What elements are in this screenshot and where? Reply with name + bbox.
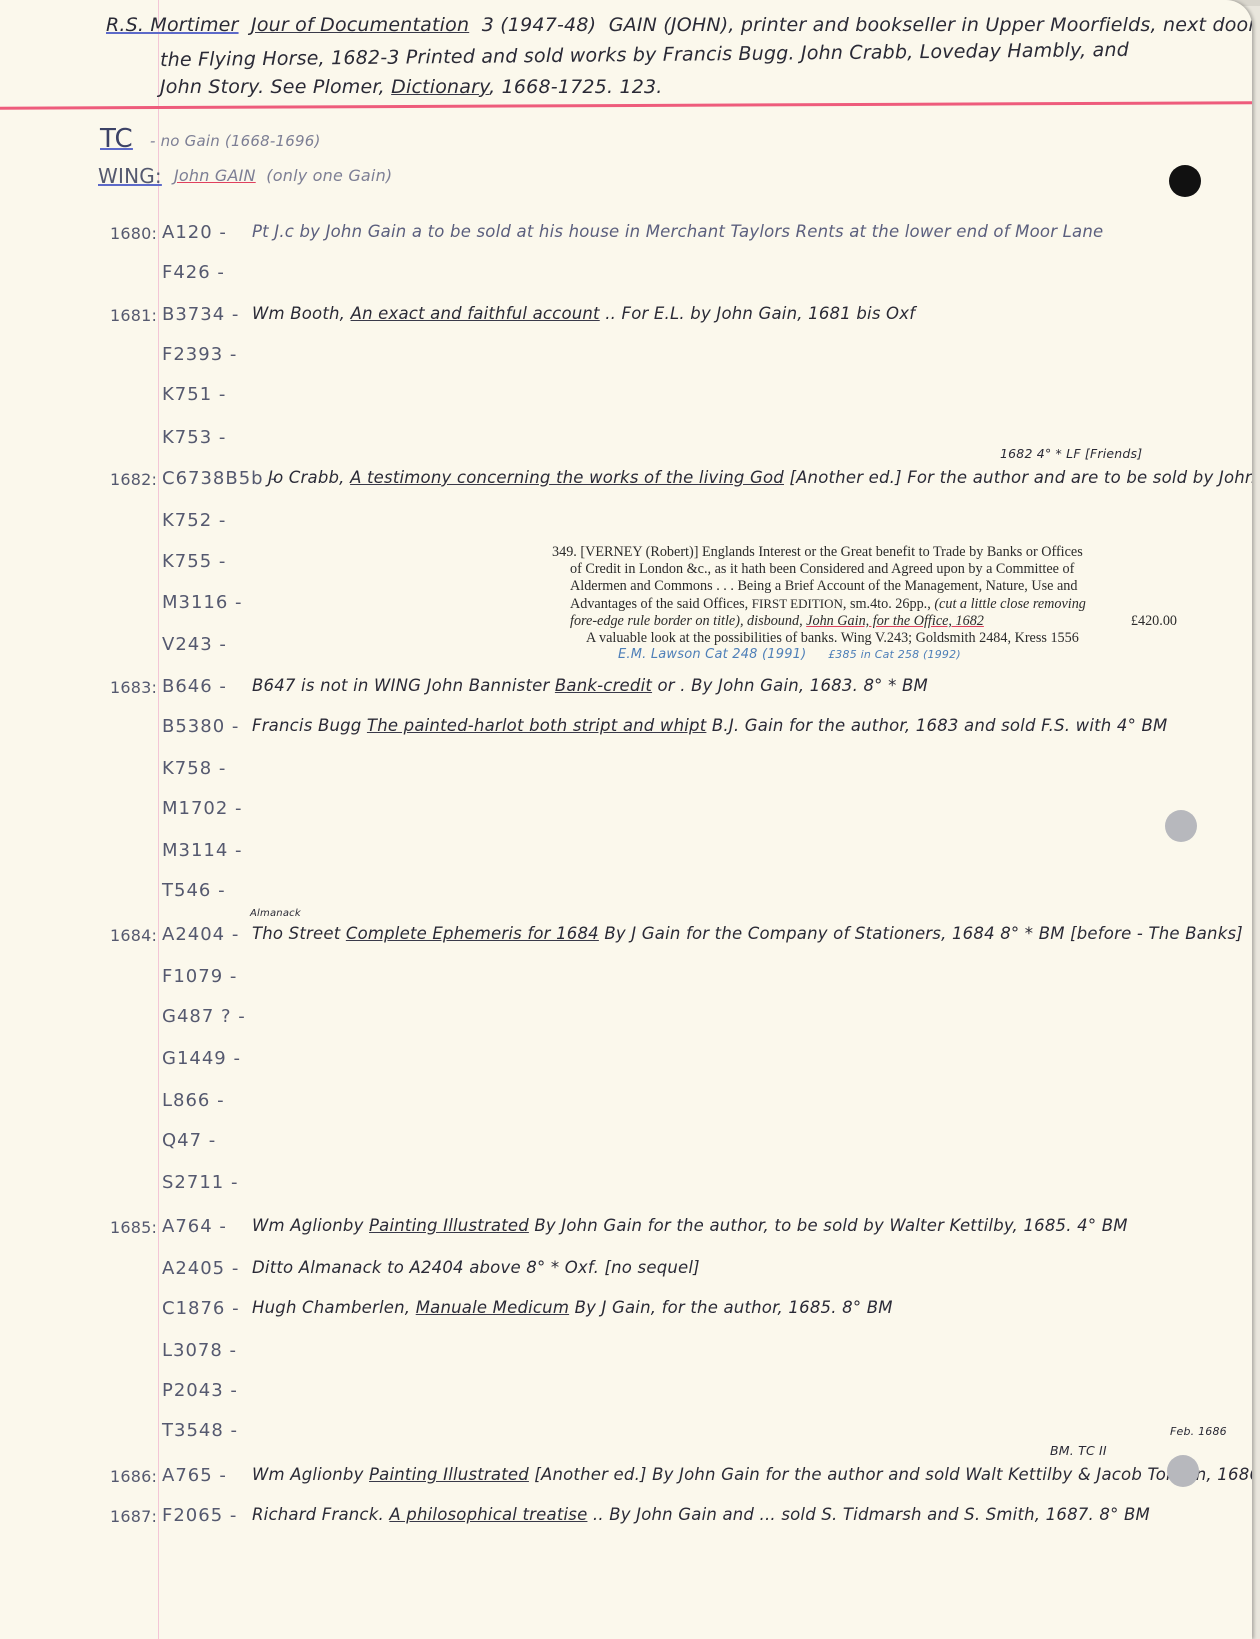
clipping-line-2: of Credit in London &c., as it hath been…	[552, 561, 1177, 578]
header-dictionary: Dictionary	[391, 76, 489, 98]
entry-bracket-note: [no sequel]	[605, 1258, 700, 1277]
entry-author: Wm Aglionby	[252, 1465, 364, 1484]
header-author: R.S. Mortimer	[106, 14, 239, 36]
entry-title: Manuale Medicum	[416, 1298, 569, 1317]
entry-description: Hugh Chamberlen, Manuale Medicum By J Ga…	[252, 1298, 893, 1317]
entry-author: Wm Aglionby	[252, 1216, 364, 1235]
entry-author: Francis Bugg	[252, 716, 361, 735]
entry-imprint: For the author and are to be sold by Joh…	[907, 468, 1252, 487]
wing-number: K751 -	[162, 384, 226, 405]
entry-year: 1681:	[110, 306, 157, 325]
wing-number: A120 -	[162, 222, 227, 243]
clipping-first-edition: FIRST EDITION	[752, 596, 843, 611]
wing-number: C1876 -	[162, 1298, 240, 1319]
entry-author-note: Almanack	[250, 908, 301, 919]
entry-author: B647 is not in WING John Bannister	[252, 676, 549, 695]
header-entry: GAIN (JOHN), printer and bookseller in U…	[609, 14, 1252, 36]
entry-title: Bank-credit	[555, 676, 652, 695]
entry-title: The painted-harlot both stript and whipt	[367, 716, 706, 735]
wing-number: V243 -	[162, 634, 227, 655]
entry-bracket-note: [Another ed.]	[534, 1465, 646, 1484]
header-line-2: the Flying Horse, 1682-3 Printed and sol…	[160, 39, 1129, 71]
entry-year: 1686:	[110, 1467, 157, 1486]
wing-number: M3114 -	[162, 840, 243, 861]
entry-description: Richard Franck. A philosophical treatise…	[252, 1505, 1150, 1524]
wing-number: B5380 -	[162, 716, 239, 737]
binder-hole	[1167, 1455, 1199, 1487]
wing-number: A765 -	[162, 1465, 227, 1486]
entry-author: Wm Booth,	[252, 304, 345, 323]
wing-number: F2393 -	[162, 344, 237, 365]
wing-number: A2404 -	[162, 924, 239, 945]
clipping-line-1: [VERNEY (Robert)] Englands Interest or t…	[580, 544, 1082, 560]
header-rule	[0, 101, 1252, 109]
wing-number: T3548 -	[162, 1420, 238, 1441]
header-journal: Jour of Documentation	[251, 14, 469, 36]
entry-imprint: By J Gain for the Company of Stationers,…	[604, 924, 1064, 943]
entry-author: Hugh Chamberlen,	[252, 1298, 410, 1317]
entry-imprint: .. For E.L. by John Gain, 1681 bis Oxf	[605, 304, 915, 323]
header-line-3: John Story. See Plomer, Dictionary, 1668…	[160, 76, 663, 98]
clipping-annotation: E.M. Lawson Cat 248 (1991) £385 in Cat 2…	[618, 646, 1243, 663]
header-volume: 3 (1947-48)	[482, 14, 597, 36]
margin-line	[158, 0, 159, 1639]
entry-imprint: or . By John Gain, 1683. 8° * BM	[658, 676, 928, 695]
entry-author: Ditto Almanack to A2404 above	[252, 1258, 521, 1277]
entry-title: Painting Illustrated	[369, 1216, 529, 1235]
wing-number: P2043 -	[162, 1380, 238, 1401]
wing-number: K753 -	[162, 427, 226, 448]
entry-imprint: By J Gain, for the author, 1685. 8° BM	[575, 1298, 893, 1317]
entry-year: 1683:	[110, 678, 157, 697]
tc-note: - no Gain (1668-1696)	[150, 132, 321, 150]
entry-year: 1685:	[110, 1218, 157, 1237]
clipping-number: 349.	[552, 544, 577, 560]
entry-year: 1680:	[110, 224, 157, 243]
wing-number: M3116 -	[162, 592, 243, 613]
binder-hole	[1165, 810, 1197, 842]
header-line-3-pre: John Story. See Plomer,	[160, 76, 385, 98]
entry-author: Jo Crabb,	[268, 468, 345, 487]
wing-number: F1079 -	[162, 966, 237, 987]
binder-hole	[1169, 165, 1201, 197]
entry-title: Complete Ephemeris for 1684	[346, 924, 599, 943]
entry-imprint: Pt J.c by John Gain a to be sold at his …	[252, 222, 1103, 241]
wing-number: T546 -	[162, 880, 226, 901]
wing-number: Q47 -	[162, 1130, 216, 1151]
entry-imprint: B.J. Gain for the author, 1683 and sold …	[712, 716, 1168, 735]
wing-note: John GAIN (only one Gain)	[174, 166, 392, 185]
entry-title: Painting Illustrated	[369, 1465, 529, 1484]
entry-description: Tho Street Complete Ephemeris for 1684 B…	[252, 924, 1243, 943]
catalogue-clipping: 349. [VERNEY (Robert)] Englands Interest…	[552, 544, 1177, 664]
entry-description: Wm Booth, An exact and faithful account …	[252, 304, 915, 323]
entry-description: Wm Aglionby Painting Illustrated By John…	[252, 1216, 1128, 1235]
wing-number: L866 -	[162, 1090, 225, 1111]
wing-number: K755 -	[162, 551, 226, 572]
entry-year: 1687:	[110, 1507, 157, 1526]
entry-description: Francis Bugg The painted-harlot both str…	[252, 716, 1167, 735]
wing-number: L3078 -	[162, 1340, 237, 1361]
header-line-3-post: , 1668-1725. 123.	[489, 76, 662, 98]
wing-number: A764 -	[162, 1216, 227, 1237]
wing-name: John GAIN	[174, 166, 256, 185]
entry-description: Ditto Almanack to A2404 above 8° * Oxf. …	[252, 1258, 700, 1277]
clipping-publisher: John Gain, for the Office, 1682	[806, 613, 984, 629]
header-line-1: R.S. Mortimer Jour of Documentation 3 (1…	[106, 14, 1252, 36]
entry-year: 1684:	[110, 926, 157, 945]
entry-title: An exact and faithful account	[351, 304, 600, 323]
entry-imprint: .. By John Gain and ... sold S. Tidmarsh…	[593, 1505, 1150, 1524]
wing-number: K758 -	[162, 758, 226, 779]
entry-imprint: By John Gain for the author, to be sold …	[534, 1216, 1127, 1235]
entry-description: Jo Crabb, A testimony concerning the wor…	[268, 468, 1252, 487]
entry-author: Tho Street	[252, 924, 340, 943]
wing-number: C6738B5b -	[162, 468, 278, 489]
clipping-line-6: A valuable look at the possibilities of …	[552, 630, 1177, 647]
entry-title: A testimony concerning the works of the …	[350, 468, 784, 487]
wing-number: K752 -	[162, 510, 226, 531]
wing-number: G487 ? -	[162, 1006, 246, 1027]
clipping-line-3: Aldermen and Commons . . . Being a Brief…	[552, 578, 1177, 595]
entry-author: Richard Franck.	[252, 1505, 384, 1524]
entry-bracket-note: [Another ed.]	[789, 468, 901, 487]
wing-number: F2065 -	[162, 1505, 237, 1526]
wing-number: G1449 -	[162, 1048, 241, 1069]
wing-number: B3734 -	[162, 304, 239, 325]
entry-imprint: 8° * Oxf.	[526, 1258, 599, 1277]
tc-label: TC	[100, 124, 133, 154]
wing-number: A2405 -	[162, 1258, 239, 1279]
entry-bracket-note: [before - The Banks]	[1070, 924, 1243, 943]
entry-imprint: By John Gain for the author and sold Wal…	[652, 1465, 1252, 1484]
wing-number: S2711 -	[162, 1172, 238, 1193]
entry-corner-note: Feb. 1686	[1170, 1425, 1227, 1438]
entry-description: Pt J.c by John Gain a to be sold at his …	[252, 222, 1103, 241]
entry-description: B647 is not in WING John Bannister Bank-…	[252, 676, 928, 695]
notebook-page: R.S. Mortimer Jour of Documentation 3 (1…	[0, 0, 1252, 1639]
wing-label: WING:	[98, 164, 162, 188]
entry-margin-note: 1682 4° * LF [Friends]	[1000, 446, 1142, 461]
wing-number: B646 -	[162, 676, 227, 697]
wing-number: M1702 -	[162, 798, 243, 819]
entry-margin-note: BM. TC II	[1050, 1443, 1107, 1458]
entry-title: A philosophical treatise	[389, 1505, 587, 1524]
wing-only-one: (only one Gain)	[266, 166, 392, 185]
entry-description: Wm Aglionby Painting Illustrated [Anothe…	[252, 1465, 1252, 1484]
entry-year: 1682:	[110, 470, 157, 489]
clipping-price: £420.00	[1131, 613, 1177, 630]
wing-number: F426 -	[162, 262, 225, 283]
